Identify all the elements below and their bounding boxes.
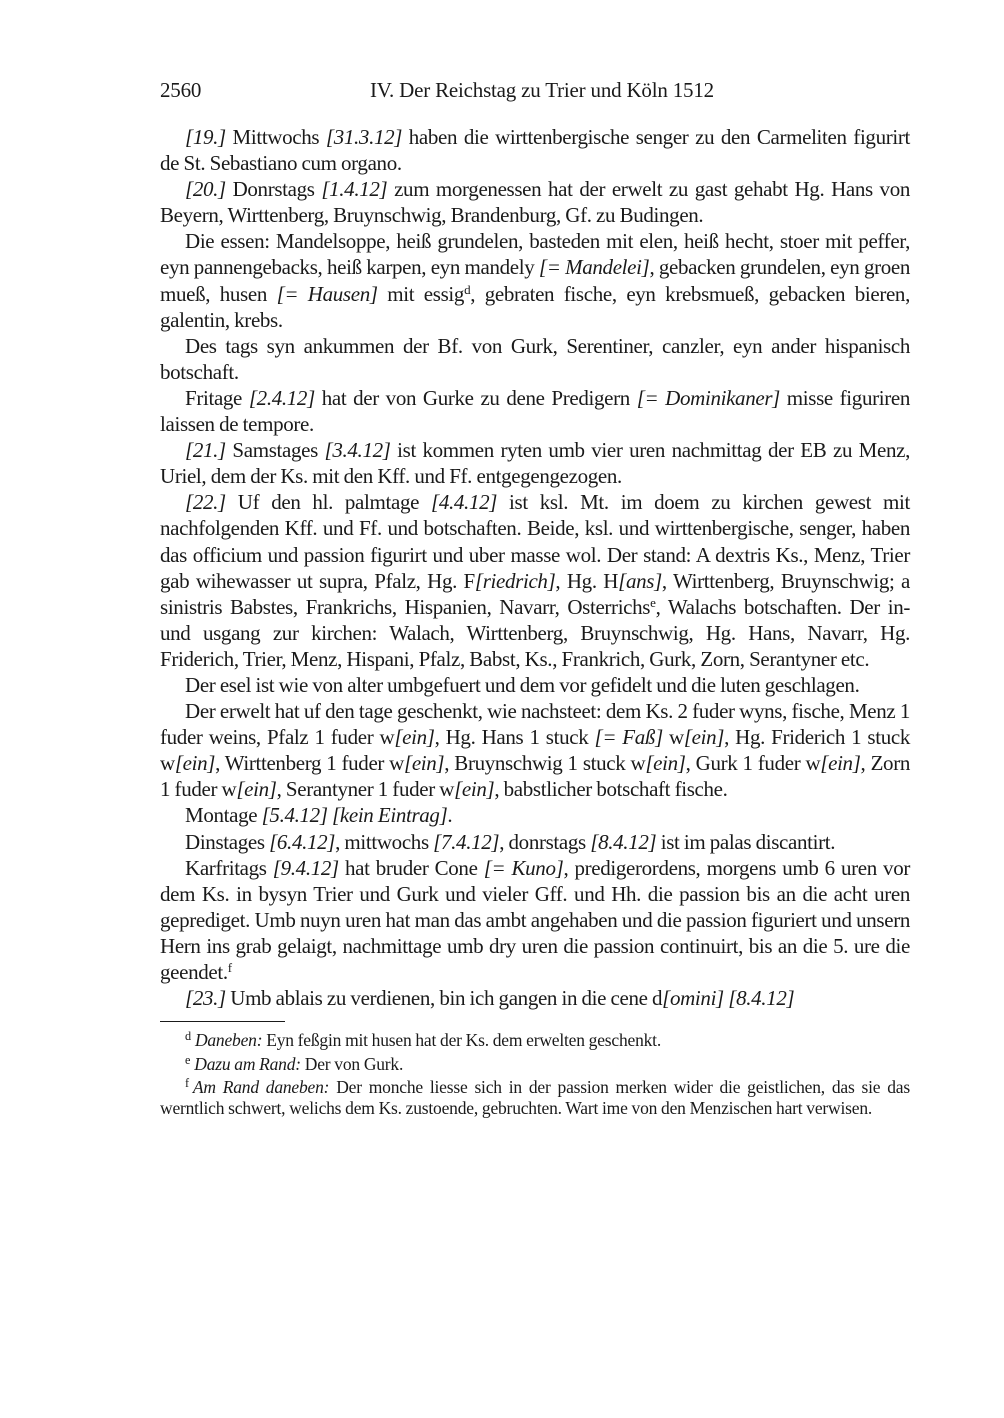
editorial-italic: [ein] [820,751,860,775]
text-run: , babstlicher botschaft fische. [494,777,727,801]
editorial-italic: [4.4.12] [431,490,497,514]
paragraph: Die essen: Mandelsoppe, heiß grundelen, … [160,228,910,332]
text-run: , Bruynschwig 1 stuck w [444,751,645,775]
text-run: Donrstags [226,177,321,201]
text-run: Des tags syn ankummen der Bf. von Gurk, … [160,334,910,384]
editorial-italic: Daneben: [195,1030,262,1050]
editorial-italic: [riedrich] [475,569,556,593]
text-run: hat der von Gurke zu dene Predigern [315,386,637,410]
editorial-italic: Am Rand daneben: [193,1077,329,1097]
editorial-italic: [8.4.12] [590,830,656,854]
paragraph: Dinstages [6.4.12], mittwochs [7.4.12], … [160,829,910,855]
editorial-italic: [6.4.12] [269,830,335,854]
editorial-italic: [ans] [618,569,662,593]
editorial-italic: [ein] [404,751,444,775]
footnote: eDazu am Rand: Der von Gurk. [160,1054,910,1075]
editorial-italic: [31.3.12] [326,125,402,149]
editorial-italic: [omini] [8.4.12] [662,986,794,1010]
editorial-italic: [3.4.12] [325,438,391,462]
footnote: dDaneben: Eyn feßgin mit husen hat der K… [160,1030,910,1051]
editorial-italic: [5.4.12] [kein Eintrag] [262,803,448,827]
footnote-separator [160,1021,285,1022]
editorial-italic: [= Hausen] [277,282,378,306]
paragraph: [21.] Samstages [3.4.12] ist kommen ryte… [160,437,910,489]
text-run: hat bruder Cone [339,856,484,880]
main-text: [19.] Mittwochs [31.3.12] haben die wirt… [160,124,910,1011]
footnote-mark: f [185,1076,189,1090]
document-page: 2560 IV. Der Reichstag zu Trier und Köln… [160,78,910,1121]
editorial-italic: [ein] [454,777,494,801]
paragraph: [22.] Uf den hl. palmtage [4.4.12] ist k… [160,489,910,672]
paragraph: Karfritags [9.4.12] hat bruder Cone [= K… [160,855,910,985]
text-run: Der von Gurk. [301,1054,403,1074]
editorial-italic: [ein] [236,777,276,801]
text-run: Samstages [226,438,325,462]
editorial-italic: [1.4.12] [321,177,387,201]
text-run: . [447,803,452,827]
text-run: , Hg. Hans 1 stuck [435,725,595,749]
editorial-italic: [ein] [645,751,685,775]
paragraph: [19.] Mittwochs [31.3.12] haben die wirt… [160,124,910,176]
editorial-italic: [23.] [185,986,226,1010]
text-run: , Gurk 1 fuder w [686,751,821,775]
text-run: , donrstags [499,830,590,854]
text-run: , Hg. H [555,569,618,593]
text-run: Karfritags [185,856,273,880]
text-run: w [663,725,684,749]
footnote: fAm Rand daneben: Der monche liesse sich… [160,1077,910,1118]
editorial-italic: [ein] [175,751,215,775]
editorial-italic: [= Kuno] [484,856,564,880]
text-run: Der esel ist wie von alter umbgefuert un… [185,673,859,697]
text-run: Dinstages [185,830,269,854]
text-run: Mittwochs [226,125,326,149]
editorial-italic: [ein] [684,725,724,749]
footnote-reference: f [228,960,232,975]
text-run: ist im palas discantirt. [656,830,835,854]
paragraph: Fritage [2.4.12] hat der von Gurke zu de… [160,385,910,437]
editorial-italic: [21.] [185,438,226,462]
editorial-italic: [20.] [185,177,226,201]
footnote-mark: d [185,1029,191,1043]
editorial-italic: [7.4.12] [433,830,499,854]
text-run: , mittwochs [335,830,433,854]
editorial-italic: [= Dominikaner] [637,386,780,410]
paragraph: [20.] Donrstags [1.4.12] zum morgenessen… [160,176,910,228]
editorial-italic: [= Mandelei] [539,255,650,279]
footnotes: dDaneben: Eyn feßgin mit husen hat der K… [160,1030,910,1118]
paragraph: Der erwelt hat uf den tage geschenkt, wi… [160,698,910,802]
text-run: mit essig [378,282,464,306]
editorial-italic: [ein] [394,725,434,749]
editorial-italic: [19.] [185,125,226,149]
paragraph: Des tags syn ankummen der Bf. von Gurk, … [160,333,910,385]
text-run: , Wirttenberg 1 fuder w [215,751,404,775]
editorial-italic: Dazu am Rand: [194,1054,301,1074]
text-run: Fritage [185,386,249,410]
text-run: Eyn feßgin mit husen hat der Ks. dem erw… [262,1030,661,1050]
paragraph: [23.] Umb ablais zu verdienen, bin ich g… [160,985,910,1011]
editorial-italic: [9.4.12] [273,856,339,880]
editorial-italic: [= Faß] [595,725,663,749]
paragraph: Der esel ist wie von alter umbgefuert un… [160,672,910,698]
running-header: 2560 IV. Der Reichstag zu Trier und Köln… [160,78,910,108]
running-title: IV. Der Reichstag zu Trier und Köln 1512 [370,78,910,103]
text-run: Montage [185,803,262,827]
text-run: , Serantyner 1 fuder w [277,777,455,801]
editorial-italic: [2.4.12] [249,386,315,410]
page-number: 2560 [160,78,370,103]
paragraph: Montage [5.4.12] [kein Eintrag]. [160,802,910,828]
footnote-mark: e [185,1053,190,1067]
text-run: Umb ablais zu verdienen, bin ich gangen … [226,986,662,1010]
text-run: Uf den hl. palmtage [226,490,431,514]
editorial-italic: [22.] [185,490,226,514]
